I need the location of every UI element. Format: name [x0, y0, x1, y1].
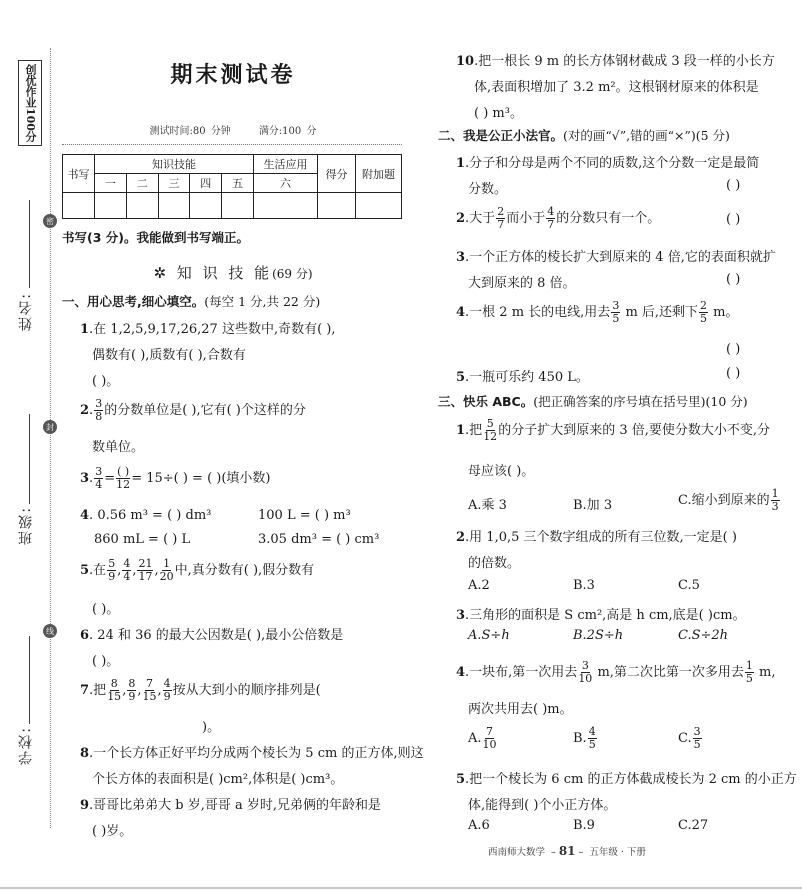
part3-title: 三、快乐 ABC。 [438, 394, 533, 409]
q9-line2: ( )岁。 [92, 820, 132, 839]
score-cell[interactable] [254, 193, 318, 219]
score-cell[interactable] [318, 193, 356, 219]
p2-q3-line2: 大到原来的 8 倍。 [468, 272, 576, 291]
score-cell[interactable] [356, 193, 402, 219]
q7-line1: 7.把815,89,715,49按从大到小的顺序排列是( [80, 678, 321, 703]
p3-q2-line2: 的倍数。 [468, 552, 520, 571]
p3-q4-line2: 两次共用去( )m。 [468, 698, 573, 717]
q10-line2: 体,表面积增加了 3.2 m²。这根钢材原来的体积是 [474, 76, 759, 95]
p3-q2-line1: 2.用 1,0,5 三个数字组成的所有三位数,一定是( ) [456, 526, 737, 545]
q-number: 3 [80, 471, 89, 486]
option-c[interactable]: C.35 [678, 726, 703, 751]
school-fill-line[interactable] [29, 636, 30, 724]
q-text: .一个正方体的棱长扩大到原来的 4 倍,它的表面积就扩 [465, 250, 776, 265]
fraction: 34 [94, 466, 103, 491]
q-text: . 24 和 36 的最大公因数是( ),最小公倍数是 [89, 628, 343, 643]
q-number: 4 [456, 305, 465, 320]
col-section-4: 四 [190, 174, 222, 193]
q8-line1: 8.一个长方体正好平均分成两个棱长为 5 cm 的正方体,则这 [80, 742, 424, 761]
q-number: 5 [80, 563, 89, 578]
q3-line: 3.34=( )12= 15÷( ) = ( )(填小数) [80, 466, 271, 491]
q-text: .三角形的面积是 S cm²,高是 h cm,底是( )cm。 [465, 608, 746, 623]
q-number: 1 [456, 423, 465, 438]
part3-heading: 三、快乐 ABC。(把正确答案的序号填在括号里)(10 分) [438, 392, 748, 410]
name-fill-line[interactable] [29, 200, 30, 288]
q6-line1: 6. 24 和 36 的最大公因数是( ),最小公倍数是 [80, 624, 343, 643]
score-cell[interactable] [95, 193, 127, 219]
q-text: 按从大到小的顺序排列是( [173, 683, 321, 698]
score-table: 书写 知识技能 生活应用 得分 附加题 一 二 三 四 五 六 [62, 154, 402, 219]
q-text: 中,真分数有( ),假分数有 [175, 563, 315, 578]
q5-line2: ( )。 [92, 598, 119, 617]
option-b[interactable]: B.加 3 [573, 494, 612, 513]
part2-heading: 二、我是公正小法官。(对的画“√”,错的画“×”)(5 分) [438, 126, 730, 144]
q-number: 2 [80, 403, 89, 418]
q-number: 2 [456, 211, 465, 226]
name-label: 姓名: [16, 292, 36, 331]
score-cell[interactable] [63, 193, 95, 219]
q-text: 0.56 m³ = ( ) dm³ [97, 508, 211, 523]
option-a[interactable]: A.6 [468, 818, 490, 833]
q4-c: 860 mL = ( ) L [94, 532, 190, 547]
writing-note: 书写(3 分)。我能做到书写端正。 [62, 228, 249, 246]
p3-q1-line1: 1.把512的分子扩大到原来的 3 倍,要使分数大小不变,分 [456, 418, 770, 443]
q2-line1: 2.38的分数单位是( ),它有( )个这样的分 [80, 398, 306, 423]
option-b[interactable]: B.9 [573, 818, 595, 833]
banner-title: 知 识 技 能 [177, 264, 272, 282]
p2-q5: 5.一瓶可乐约 450 L。 [456, 366, 589, 385]
q-text: .一瓶可乐约 450 L。 [465, 370, 589, 385]
q-number: 1 [456, 156, 465, 171]
col-section-3: 三 [158, 174, 190, 193]
p3-q4-line1: 4.一块布,第一次用去310 m,第二次比第一次多用去15 m, [456, 660, 776, 685]
col-life: 生活应用 [254, 155, 318, 174]
q-number: 5 [456, 370, 465, 385]
col-writing: 书写 [63, 155, 95, 193]
q8-line2: 个长方体的表面积是( )cm²,体积是( )cm³。 [92, 768, 343, 787]
judge-answer-box[interactable]: ( ) [726, 212, 740, 227]
option-b[interactable]: B.3 [573, 578, 595, 593]
col-knowledge: 知识技能 [95, 155, 254, 174]
school-label: 学校: [16, 726, 36, 765]
page-footer: 西南师大数学 – 81 – 五年级 · 下册 [488, 844, 768, 858]
score-cell[interactable] [126, 193, 158, 219]
brand-label: 创优作业100分 [22, 64, 38, 142]
q-number: 3 [456, 250, 465, 265]
grade-label: 五年级 · 下册 [589, 847, 646, 858]
publisher: 西南师大数学 [488, 847, 545, 858]
seal-mark-icon: 密 [43, 214, 57, 228]
q2-line2: 数单位。 [92, 436, 144, 455]
option-c[interactable]: C.27 [678, 818, 708, 833]
class-label: 班级: [16, 506, 36, 545]
bottom-divider [0, 887, 802, 889]
p3-q5-line2: 体,能得到( )个小正方体。 [468, 794, 616, 813]
option-b[interactable]: B.2S÷h [573, 628, 623, 643]
col-bonus: 附加题 [356, 155, 402, 193]
exam-time: 测试时间:80 分钟 [150, 126, 231, 137]
banner-points: (69 分) [272, 267, 312, 281]
q-text: .把一根长 9 m 的长方体钢材截成 3 段一样的小长方 [474, 54, 775, 69]
fraction-blank[interactable]: ( )12 [116, 466, 130, 491]
q-text: .用 1,0,5 三个数字组成的所有三位数,一定是( ) [465, 530, 737, 545]
judge-answer-box[interactable]: ( ) [726, 342, 740, 357]
option-c[interactable]: C.缩小到原来的13 [678, 488, 781, 513]
full-score: 满分:100 分 [259, 126, 317, 137]
judge-answer-box[interactable]: ( ) [726, 272, 740, 287]
q7-line2: )。 [202, 716, 220, 735]
q-number: 5 [456, 772, 465, 787]
q1-line3: ( )。 [92, 370, 119, 389]
q-number: 9 [80, 798, 89, 813]
q-number: 8 [80, 746, 89, 761]
option-a[interactable]: A.S÷h [468, 628, 510, 643]
flower-icon: ✲ [153, 264, 169, 282]
q-number: 6 [80, 628, 89, 643]
header-divider [62, 144, 402, 145]
seal-mark-icon: 线 [43, 624, 57, 638]
q-number: 4 [80, 508, 89, 523]
p2-q4: 4.一根 2 m 长的电线,用去35 m 后,还剩下25 m。 [456, 300, 739, 325]
q5-line1: 5.在59,44,2117,120中,真分数有( ),假分数有 [80, 558, 314, 583]
option-c[interactable]: C.S÷2h [678, 628, 728, 643]
score-cell[interactable] [158, 193, 190, 219]
q4-line1: 4. 0.56 m³ = ( ) dm³ [80, 508, 211, 523]
option-c[interactable]: C.5 [678, 578, 700, 593]
q-number: 4 [456, 665, 465, 680]
part1-heading: 一、用心思考,细心填空。(每空 1 分,共 22 分) [62, 292, 320, 310]
q-number: 10 [456, 54, 474, 69]
q-number: 7 [80, 683, 89, 698]
fraction: 38 [94, 398, 103, 423]
option-a[interactable]: A.710 [468, 726, 498, 751]
p2-q2: 2.大于27而小于47的分数只有一个。 [456, 206, 660, 231]
q-text: .分子和分母是两个不同的质数,这个分数一定是最简 [465, 156, 759, 171]
p2-q1-line1: 1.分子和分母是两个不同的质数,这个分数一定是最简 [456, 152, 759, 171]
option-a[interactable]: A.乘 3 [468, 494, 507, 513]
col-section-2: 二 [126, 174, 158, 193]
page-title: 期末测试卷 [60, 58, 406, 89]
page-number: 81 [559, 844, 576, 858]
q-text: .一个长方体正好平均分成两个棱长为 5 cm 的正方体,则这 [89, 746, 424, 761]
q-number: 2 [456, 530, 465, 545]
brand-label-box: 创优作业100分 [18, 60, 42, 146]
p3-q5-line1: 5.把一个棱长为 6 cm 的正方体截成棱长为 2 cm 的小正方 [456, 768, 797, 787]
q1-line1: 1.在 1,2,5,9,17,26,27 这些数中,奇数有( ), [80, 318, 336, 337]
p2-q3-line1: 3.一个正方体的棱长扩大到原来的 4 倍,它的表面积就扩 [456, 246, 776, 265]
col-score: 得分 [318, 155, 356, 193]
p3-q3-line1: 3.三角形的面积是 S cm²,高是 h cm,底是( )cm。 [456, 604, 746, 623]
q4-b: 100 L = ( ) m³ [258, 508, 351, 523]
part1-note: (每空 1 分,共 22 分) [204, 294, 320, 309]
q-text: .把一个棱长为 6 cm 的正方体截成棱长为 2 cm 的小正方 [465, 772, 797, 787]
score-cell[interactable] [222, 193, 254, 219]
col-section-6: 六 [254, 174, 318, 193]
class-fill-line[interactable] [29, 414, 30, 504]
col-section-5: 五 [222, 174, 254, 193]
q-text: .哥哥比弟弟大 b 岁,哥哥 a 岁时,兄弟俩的年龄和是 [89, 798, 381, 813]
q-number: 3 [456, 608, 465, 623]
col-section-1: 一 [95, 174, 127, 193]
q6-line2: ( )。 [92, 650, 119, 669]
part1-title: 一、用心思考,细心填空。 [62, 294, 204, 309]
q-text: .在 1,2,5,9,17,26,27 这些数中,奇数有( ), [89, 322, 335, 337]
option-a[interactable]: A.2 [468, 578, 490, 593]
q4-d: 3.05 dm³ = ( ) cm³ [258, 532, 379, 547]
q10-line3: ( ) m³。 [474, 102, 523, 121]
part3-note: (把正确答案的序号填在括号里)(10 分) [533, 394, 747, 409]
judge-answer-box[interactable]: ( ) [726, 366, 740, 381]
q-number: 1 [80, 322, 89, 337]
q9-line1: 9.哥哥比弟弟大 b 岁,哥哥 a 岁时,兄弟俩的年龄和是 [80, 794, 381, 813]
option-b[interactable]: B.45 [573, 726, 598, 751]
seal-dotted-line [50, 48, 51, 828]
q-text: 的分子扩大到原来的 3 倍,要使分数大小不变,分 [498, 423, 770, 438]
q10-line1: 10.把一根长 9 m 的长方体钢材截成 3 段一样的小长方 [456, 50, 775, 69]
q-text: 的分数单位是( ),它有( )个这样的分 [104, 403, 306, 418]
exam-meta: 测试时间:80 分钟满分:100 分 [60, 122, 406, 137]
q-text: = 15÷( ) = ( )(填小数) [131, 471, 270, 486]
judge-answer-box[interactable]: ( ) [726, 178, 740, 193]
q1-line2: 偶数有( ),质数有( ),合数有 [92, 344, 246, 363]
score-cell[interactable] [190, 193, 222, 219]
p2-q1-line2: 分数。 [468, 178, 507, 197]
p3-q1-line2: 母应该( )。 [468, 460, 534, 479]
section-banner: ✲ 知 识 技 能(69 分) [60, 262, 406, 283]
part2-note: (对的画“√”,错的画“×”)(5 分) [563, 128, 730, 143]
part2-title: 二、我是公正小法官。 [438, 128, 563, 143]
seal-mark-icon: 封 [43, 420, 57, 434]
